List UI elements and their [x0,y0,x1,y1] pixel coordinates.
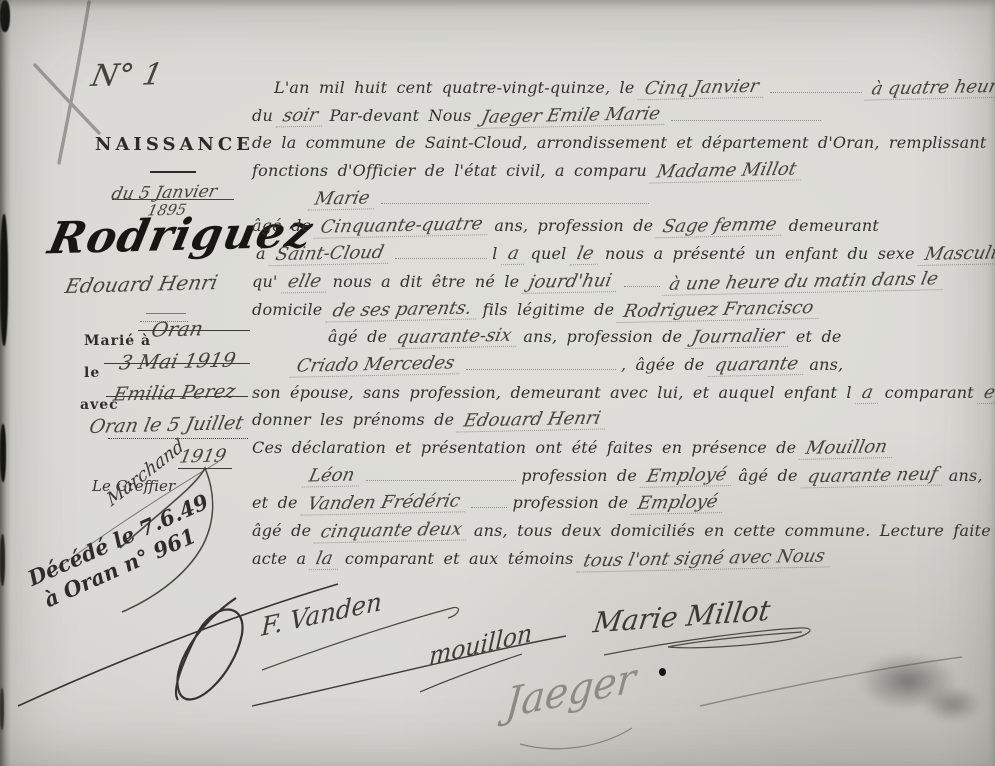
handwritten-text: Jaeger Emile Marie [474,104,669,129]
printed-text: âgé de [252,521,311,540]
handwritten-text: Saint-Cloud [268,243,392,266]
printed-text: comparant et aux témoins [345,549,574,568]
printed-text: profession de [521,466,637,485]
binding-edge [0,0,11,766]
dotted-filler [381,188,649,204]
act-number: N° 1 [92,58,162,93]
margin-dash [146,313,186,314]
act-type-heading: NAISSANCE [95,134,254,155]
mention-year: 1919 [178,446,232,469]
handwritten-text: quarante-six [390,326,521,350]
marriage-place: Oran [152,317,203,341]
act-line: L'an mil huit cent quatre-vingt-quinze, … [274,74,994,102]
ink-blot [0,0,10,32]
handwritten-text: Cinq Janvier [637,77,767,101]
act-line: Criado Mercedes , âgée de quarante ans, [292,351,994,379]
printed-text: du [252,106,273,125]
ink-blot [0,424,6,482]
marriage-date: 3 Mai 1919 [120,349,235,373]
marriage-date-text: 3 Mai 1919 [117,347,238,374]
mention-place-date-text: Oran le 5 Juillet [87,412,245,438]
death-annotation: Décédé le 7.6.49 à Oran n° 961 [24,489,223,616]
handwritten-text: Employé [640,465,736,488]
printed-text: L'an mil huit cent quatre-vingt-quinze, … [274,78,635,97]
handwritten-text: e [977,382,995,403]
act-line: âgé de cinquante deux ans, tous deux dom… [252,517,994,545]
handwritten-text: jourd'hui [522,271,621,294]
marriage-spouse: Emilia Perez [114,382,235,404]
printed-text: âgé de [738,466,797,485]
printed-text: à [256,244,266,263]
handwritten-text: de ses parents. [325,298,480,322]
act-line: Léon profession de Employé âgé de quaran… [304,462,994,490]
signature-jaeger: Jaeger [504,655,638,728]
ink-dot [659,668,666,676]
ink-smudge [922,686,982,722]
heading-rule [150,171,196,173]
dotted-filler [671,105,821,121]
printed-text: âgé de [252,216,311,235]
act-line: donner les prénoms de Edouard Henri [252,406,994,434]
act-line: et de Vanden Frédéric profession de Empl… [252,489,994,517]
handwritten-text: Cinquante-quatre [314,215,492,240]
act-line: son épouse, sans profession, demeurant a… [252,379,994,407]
marriage-place-text: Oran [149,316,205,341]
mention-place-date: Oran le 5 Juillet [90,414,243,436]
handwritten-text: Léon [302,465,364,487]
printed-text: comparant [885,383,974,402]
printed-text: ans, [809,355,843,374]
handwritten-text: Employé [631,492,727,515]
act-line: acte a la comparant et aux témoins tous … [252,545,994,573]
handwritten-text: le [569,244,602,266]
act-number-text: N° 1 [88,57,165,94]
act-line: âgé de Cinquante-quatre ans, profession … [252,212,994,240]
mention-year-text: 1919 [178,445,228,467]
handwritten-text: Journalier [685,326,793,349]
handwritten-text: cinquante deux [314,519,472,543]
handwritten-text: la [309,548,342,570]
act-line: du soir Par-devant Nous Jaeger Emile Mar… [252,102,994,130]
act-line: âgé de quarante-six ans, profession de J… [328,323,994,351]
printed-text: ans, profession de [494,216,653,235]
printed-text: ans, [949,466,983,485]
act-line: Ces déclaration et présentation ont été … [252,434,994,462]
act-body: L'an mil huit cent quatre-vingt-quinze, … [252,74,994,572]
printed-text: Ces déclaration et présentation ont été … [252,438,796,457]
margin-rule [138,330,250,331]
printed-text: acte a [252,549,306,568]
le-label: le [84,365,100,381]
dotted-filler [466,354,616,370]
printed-text: domicile [252,300,322,319]
printed-text: de la commune de Saint-Cloud, arrondisse… [252,133,995,152]
act-line: Marie [310,185,994,213]
printed-text: nous a dit être né le [333,272,520,291]
printed-text: , âgée de [621,355,705,374]
ink-blot [0,214,8,346]
handwritten-text: Rodriguez Francisco [617,297,823,322]
handwritten-text: Sage femme [656,215,786,239]
handwritten-text: quarante [707,354,807,377]
printed-text: son épouse, sans profession, demeurant a… [252,383,852,402]
act-line: qu' elle nous a dit être né le jourd'hui… [252,268,994,296]
dotted-filler [366,464,516,480]
handwritten-text: Madame Millot [649,159,805,183]
handwritten-text: elle [280,271,329,293]
act-line: domicile de ses parents. fils légitime d… [252,296,994,324]
printed-text: fils légitime de [483,300,615,319]
handwritten-text: Marie [308,188,379,210]
margin-rule [106,396,248,397]
printed-text: âgé de [328,327,387,346]
printed-text: et de [252,493,298,512]
dotted-filler [395,243,487,259]
ink-blot [0,688,4,730]
act-line: à Saint-Cloud l a quel le nous a présent… [256,240,994,268]
birth-certificate-scan: N° 1 NAISSANCE du 5 Janvier 1895 Rodrigu… [0,0,995,766]
handwritten-text: à quatre heures [864,76,995,100]
marriage-spouse-text: Emilia Perez [111,380,237,405]
printed-text: et de [796,327,842,346]
handwritten-text: à une heure du matin dans le [662,269,947,296]
child-given-names-text: Edouard Henri [63,270,220,298]
handwritten-text: Edouard Henri [457,409,610,433]
dotted-filler [624,271,660,287]
handwritten-text: tous l'ont signé avec Nous [576,546,834,572]
handwritten-text: a [855,382,882,403]
handwritten-text: Vanden Frédéric [300,492,469,516]
printed-text: qu' [252,272,278,291]
handwritten-text: quarante neuf [800,464,946,488]
handwritten-text: Masculin [917,243,995,266]
printed-text: Par-devant Nous [330,106,472,125]
printed-text: l [492,244,497,263]
act-line: fonctions d'Officier de l'état civil, a … [252,157,994,185]
handwritten-text: soir [276,105,327,127]
signature-vanden: F. Vanden [261,586,382,641]
married-label: Marié à [84,333,151,349]
printed-text: ans, tous deux domiciliés en cette commu… [474,521,995,540]
act-line: de la commune de Saint-Cloud, arrondisse… [252,129,994,157]
printed-text: demeurant [789,216,879,235]
printed-text: ans, profession de [523,327,682,346]
handwritten-text: Criado Mercedes [289,353,463,378]
printed-text: fonctions d'Officier de l'état civil, a … [252,161,647,180]
dotted-filler [770,77,862,93]
printed-text: profession de [513,493,629,512]
margin-rule [104,363,250,364]
dotted-filler [471,492,507,508]
handwritten-text: a [500,244,527,265]
signature-millot: Marie Millot [591,594,772,640]
printed-text: donner les prénoms de [252,410,454,429]
handwritten-text: Mouillon [799,437,896,460]
ink-blot [0,534,5,586]
child-given-names: Edouard Henri [66,272,217,296]
printed-text: nous a présenté un enfant du sexe [605,244,915,263]
signature-mouillon: mouillon [428,618,532,671]
printed-text: quel [531,244,567,263]
